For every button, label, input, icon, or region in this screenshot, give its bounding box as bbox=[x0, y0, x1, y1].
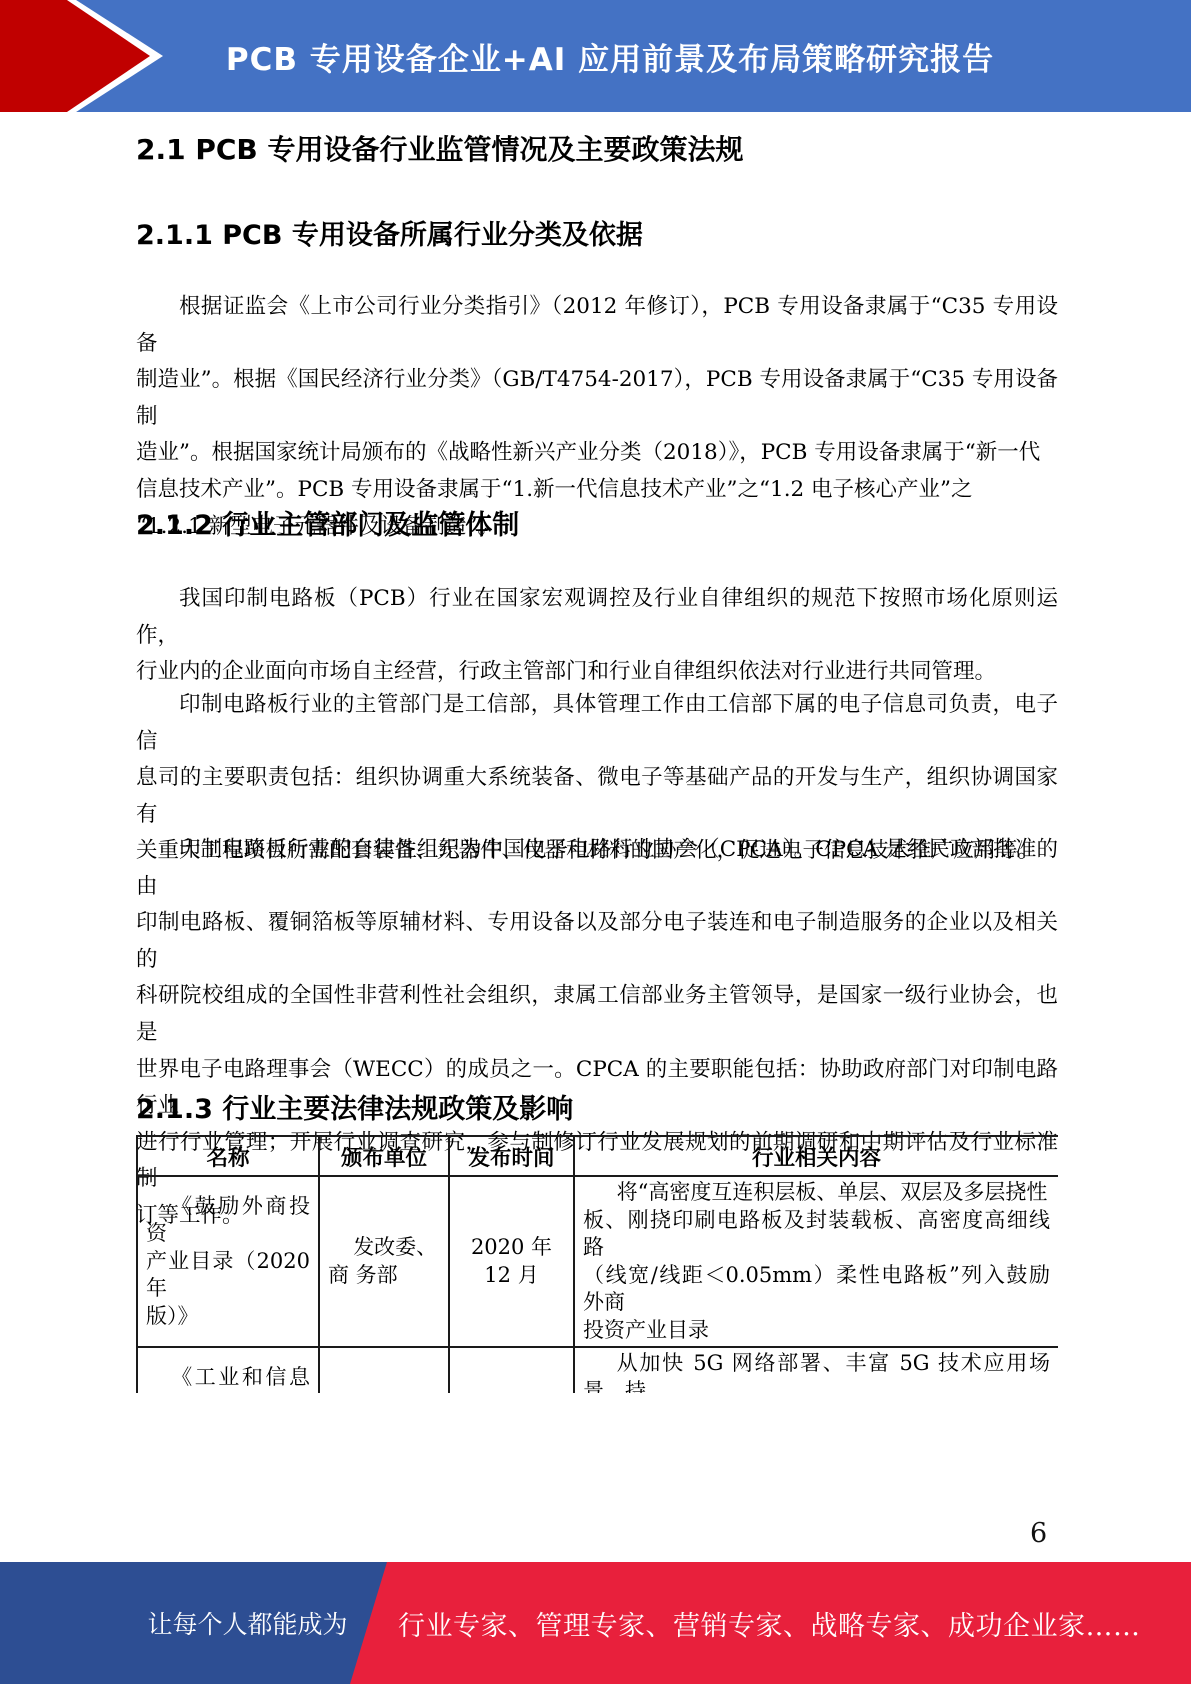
red-chevron-arrow-icon bbox=[0, 0, 168, 112]
policy-table-container: 名称 颁布单位 发布时间 行业相关内容 《鼓励外商投资产业目录（2020 年版）… bbox=[136, 1135, 1058, 1393]
policy-issuer: 发改委、商 务部 bbox=[319, 1176, 449, 1347]
heading-2-1-2: 2.1.2 行业主管部门及监管体制 bbox=[136, 503, 1066, 542]
document-page: PCB 专用设备企业+AI 应用前景及布局策略研究报告 2.1 PCB 专用设备… bbox=[0, 0, 1191, 1684]
table-header-row: 名称 颁布单位 发布时间 行业相关内容 bbox=[137, 1136, 1058, 1176]
heading-2-1-3: 2.1.3 行业主要法律法规政策及影响 bbox=[136, 1087, 1066, 1126]
policy-content: 从加快 5G 网络部署、丰富 5G 技术应用场景、持续加大 5G 技术研发力度、… bbox=[574, 1347, 1058, 1393]
report-title: PCB 专用设备企业+AI 应用前景及布局策略研究报告 bbox=[165, 0, 1055, 112]
policy-content: 将“高密度互连积层板、单层、双层及多层挠性板、刚挠印刷电路板及封装载板、高密度高… bbox=[574, 1176, 1058, 1347]
heading-2-1-1: 2.1.1 PCB 专用设备所属行业分类及依据 bbox=[136, 213, 1066, 252]
page-number: 6 bbox=[1030, 1518, 1047, 1549]
footer-slogan-right: 行业专家、管理专家、营销专家、战略专家、成功企业家…… bbox=[398, 1562, 1181, 1684]
paragraph-regulation-overview: 我国印制电路板（PCB）行业在国家宏观调控及行业自律组织的规范下按照市场化原则运… bbox=[136, 581, 1058, 691]
col-header-issuer: 颁布单位 bbox=[319, 1136, 449, 1176]
policy-issuer: 工信部 bbox=[319, 1347, 449, 1393]
report-header-band: PCB 专用设备企业+AI 应用前景及布局策略研究报告 bbox=[0, 0, 1191, 112]
footer-band: 让每个人都能成为 行业专家、管理专家、营销专家、战略专家、成功企业家…… bbox=[0, 1562, 1191, 1684]
policy-name: 《鼓励外商投资产业目录（2020 年版）》 bbox=[137, 1176, 319, 1347]
heading-2-1: 2.1 PCB 专用设备行业监管情况及主要政策法规 bbox=[136, 128, 1066, 168]
table-row: 《鼓励外商投资产业目录（2020 年版）》 发改委、商 务部 2020 年12 … bbox=[137, 1176, 1058, 1347]
policy-name: 《工业和信息化部关于推动 5G 加快发展的通知》 bbox=[137, 1347, 319, 1393]
table-row: 《工业和信息化部关于推动 5G 加快发展的通知》 工信部 2020 年 3月 从… bbox=[137, 1347, 1058, 1393]
col-header-name: 名称 bbox=[137, 1136, 319, 1176]
policy-date: 2020 年 3月 bbox=[449, 1347, 574, 1393]
policy-table: 名称 颁布单位 发布时间 行业相关内容 《鼓励外商投资产业目录（2020 年版）… bbox=[136, 1135, 1058, 1393]
footer-slogan-left: 让每个人都能成为 bbox=[140, 1562, 355, 1684]
col-header-date: 发布时间 bbox=[449, 1136, 574, 1176]
col-header-content: 行业相关内容 bbox=[574, 1136, 1058, 1176]
policy-date: 2020 年12 月 bbox=[449, 1176, 574, 1347]
